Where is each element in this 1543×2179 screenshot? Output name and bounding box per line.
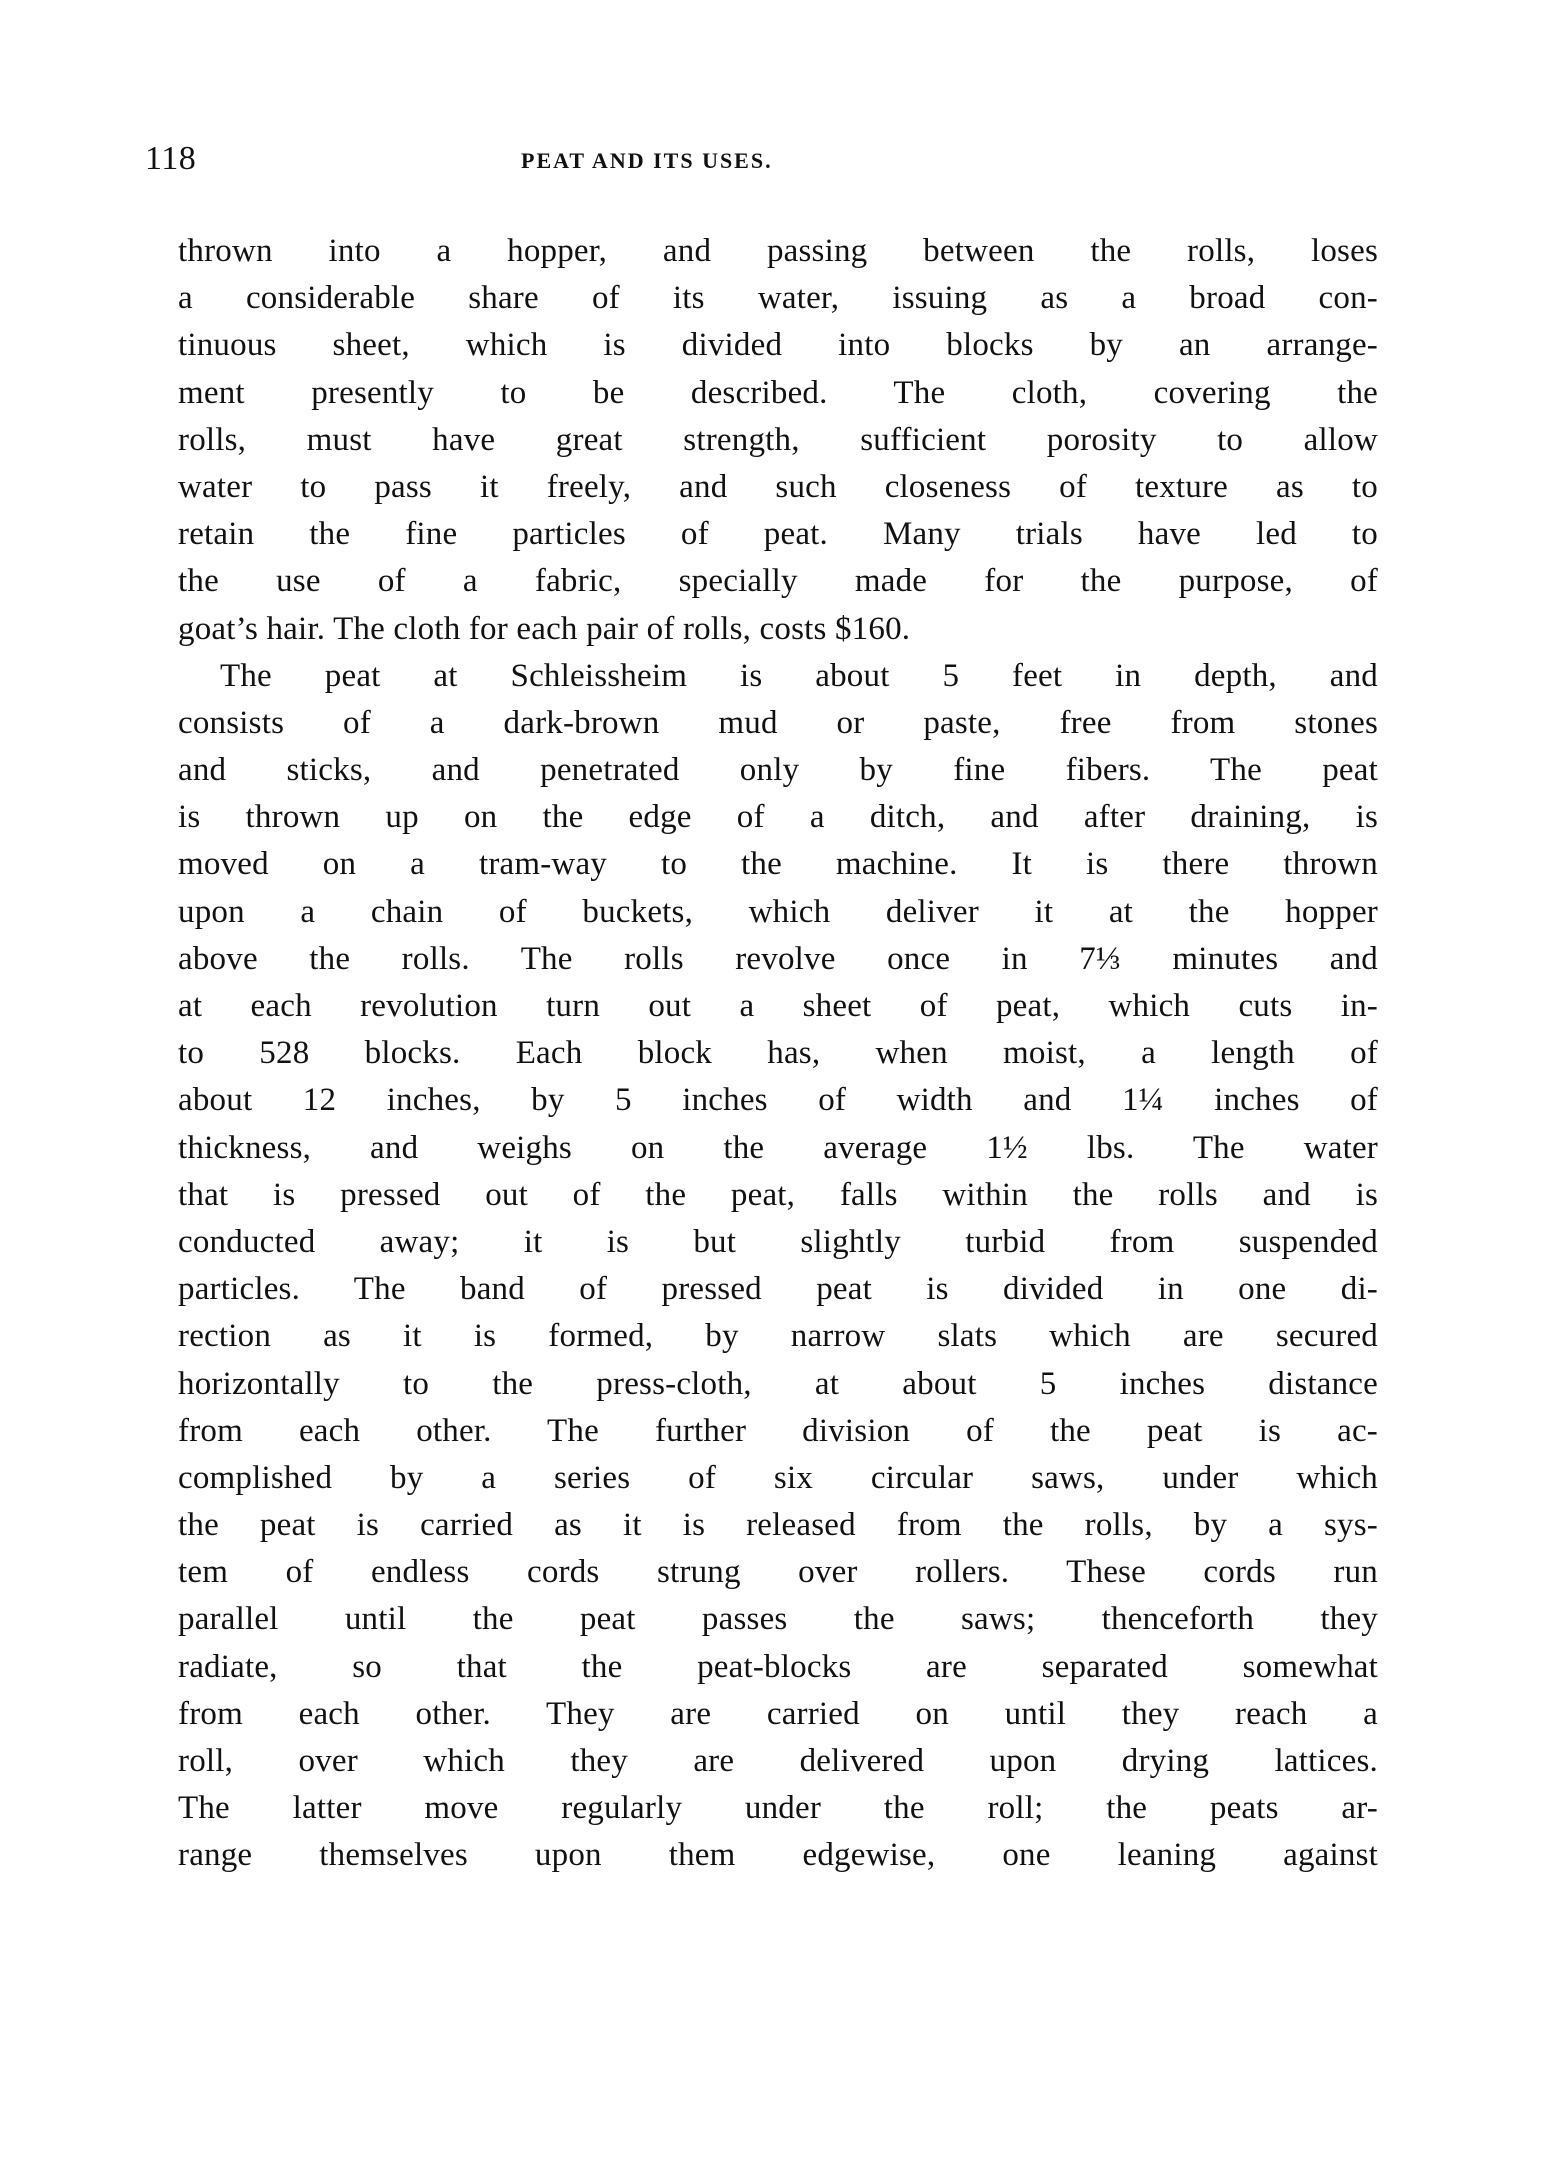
page-number: 118 (145, 140, 196, 178)
text-line: water to pass it freely, and such closen… (178, 464, 1378, 511)
text-line: and sticks, and penetrated only by fine … (178, 747, 1378, 794)
text-line: the use of a fabric, specially made for … (178, 558, 1378, 605)
paragraph: thrown into a hopper, and passing betwee… (178, 228, 1378, 653)
text-line: above the rolls. The rolls revolve once … (178, 936, 1378, 983)
text-line: moved on a tram-way to the machine. It i… (178, 841, 1378, 888)
text-line: retain the fine particles of peat. Many … (178, 511, 1378, 558)
body-text: thrown into a hopper, and passing betwee… (178, 228, 1378, 1880)
text-line: complished by a series of six circular s… (178, 1455, 1378, 1502)
text-line: rection as it is formed, by narrow slats… (178, 1313, 1378, 1360)
text-line: horizontally to the press-cloth, at abou… (178, 1361, 1378, 1408)
text-line: The latter move regularly under the roll… (178, 1785, 1378, 1832)
running-head: 118 PEAT AND ITS USES. (145, 140, 1360, 190)
text-line: about 12 inches, by 5 inches of width an… (178, 1077, 1378, 1124)
text-line: tinuous sheet, which is divided into blo… (178, 322, 1378, 369)
text-line: ment presently to be described. The clot… (178, 370, 1378, 417)
text-line: at each revolution turn out a sheet of p… (178, 983, 1378, 1030)
text-line: consists of a dark-brown mud or paste, f… (178, 700, 1378, 747)
text-line: the peat is carried as it is released fr… (178, 1502, 1378, 1549)
text-line: rolls, must have great strength, suffici… (178, 417, 1378, 464)
text-line: goat’s hair. The cloth for each pair of … (178, 606, 1378, 653)
paragraph: The peat at Schleissheim is about 5 feet… (178, 653, 1378, 1880)
text-line: upon a chain of buckets, which deliver i… (178, 889, 1378, 936)
text-line: that is pressed out of the peat, falls w… (178, 1172, 1378, 1219)
text-line: range themselves upon them edgewise, one… (178, 1832, 1378, 1879)
text-line: from each other. The further division of… (178, 1408, 1378, 1455)
text-line: tem of endless cords strung over rollers… (178, 1549, 1378, 1596)
text-line: roll, over which they are delivered upon… (178, 1738, 1378, 1785)
text-line: from each other. They are carried on unt… (178, 1691, 1378, 1738)
text-line: parallel until the peat passes the saws;… (178, 1596, 1378, 1643)
text-line: The peat at Schleissheim is about 5 feet… (178, 653, 1378, 700)
text-line: radiate, so that the peat-blocks are sep… (178, 1644, 1378, 1691)
text-line: particles. The band of pressed peat is d… (178, 1266, 1378, 1313)
text-line: thrown into a hopper, and passing betwee… (178, 228, 1378, 275)
running-title: PEAT AND ITS USES. (521, 148, 773, 174)
text-line: thickness, and weighs on the average 1½ … (178, 1125, 1378, 1172)
book-page: 118 PEAT AND ITS USES. thrown into a hop… (0, 0, 1543, 2179)
text-line: is thrown up on the edge of a ditch, and… (178, 794, 1378, 841)
text-line: to 528 blocks. Each block has, when mois… (178, 1030, 1378, 1077)
text-line: conducted away; it is but slightly turbi… (178, 1219, 1378, 1266)
text-line: a considerable share of its water, issui… (178, 275, 1378, 322)
